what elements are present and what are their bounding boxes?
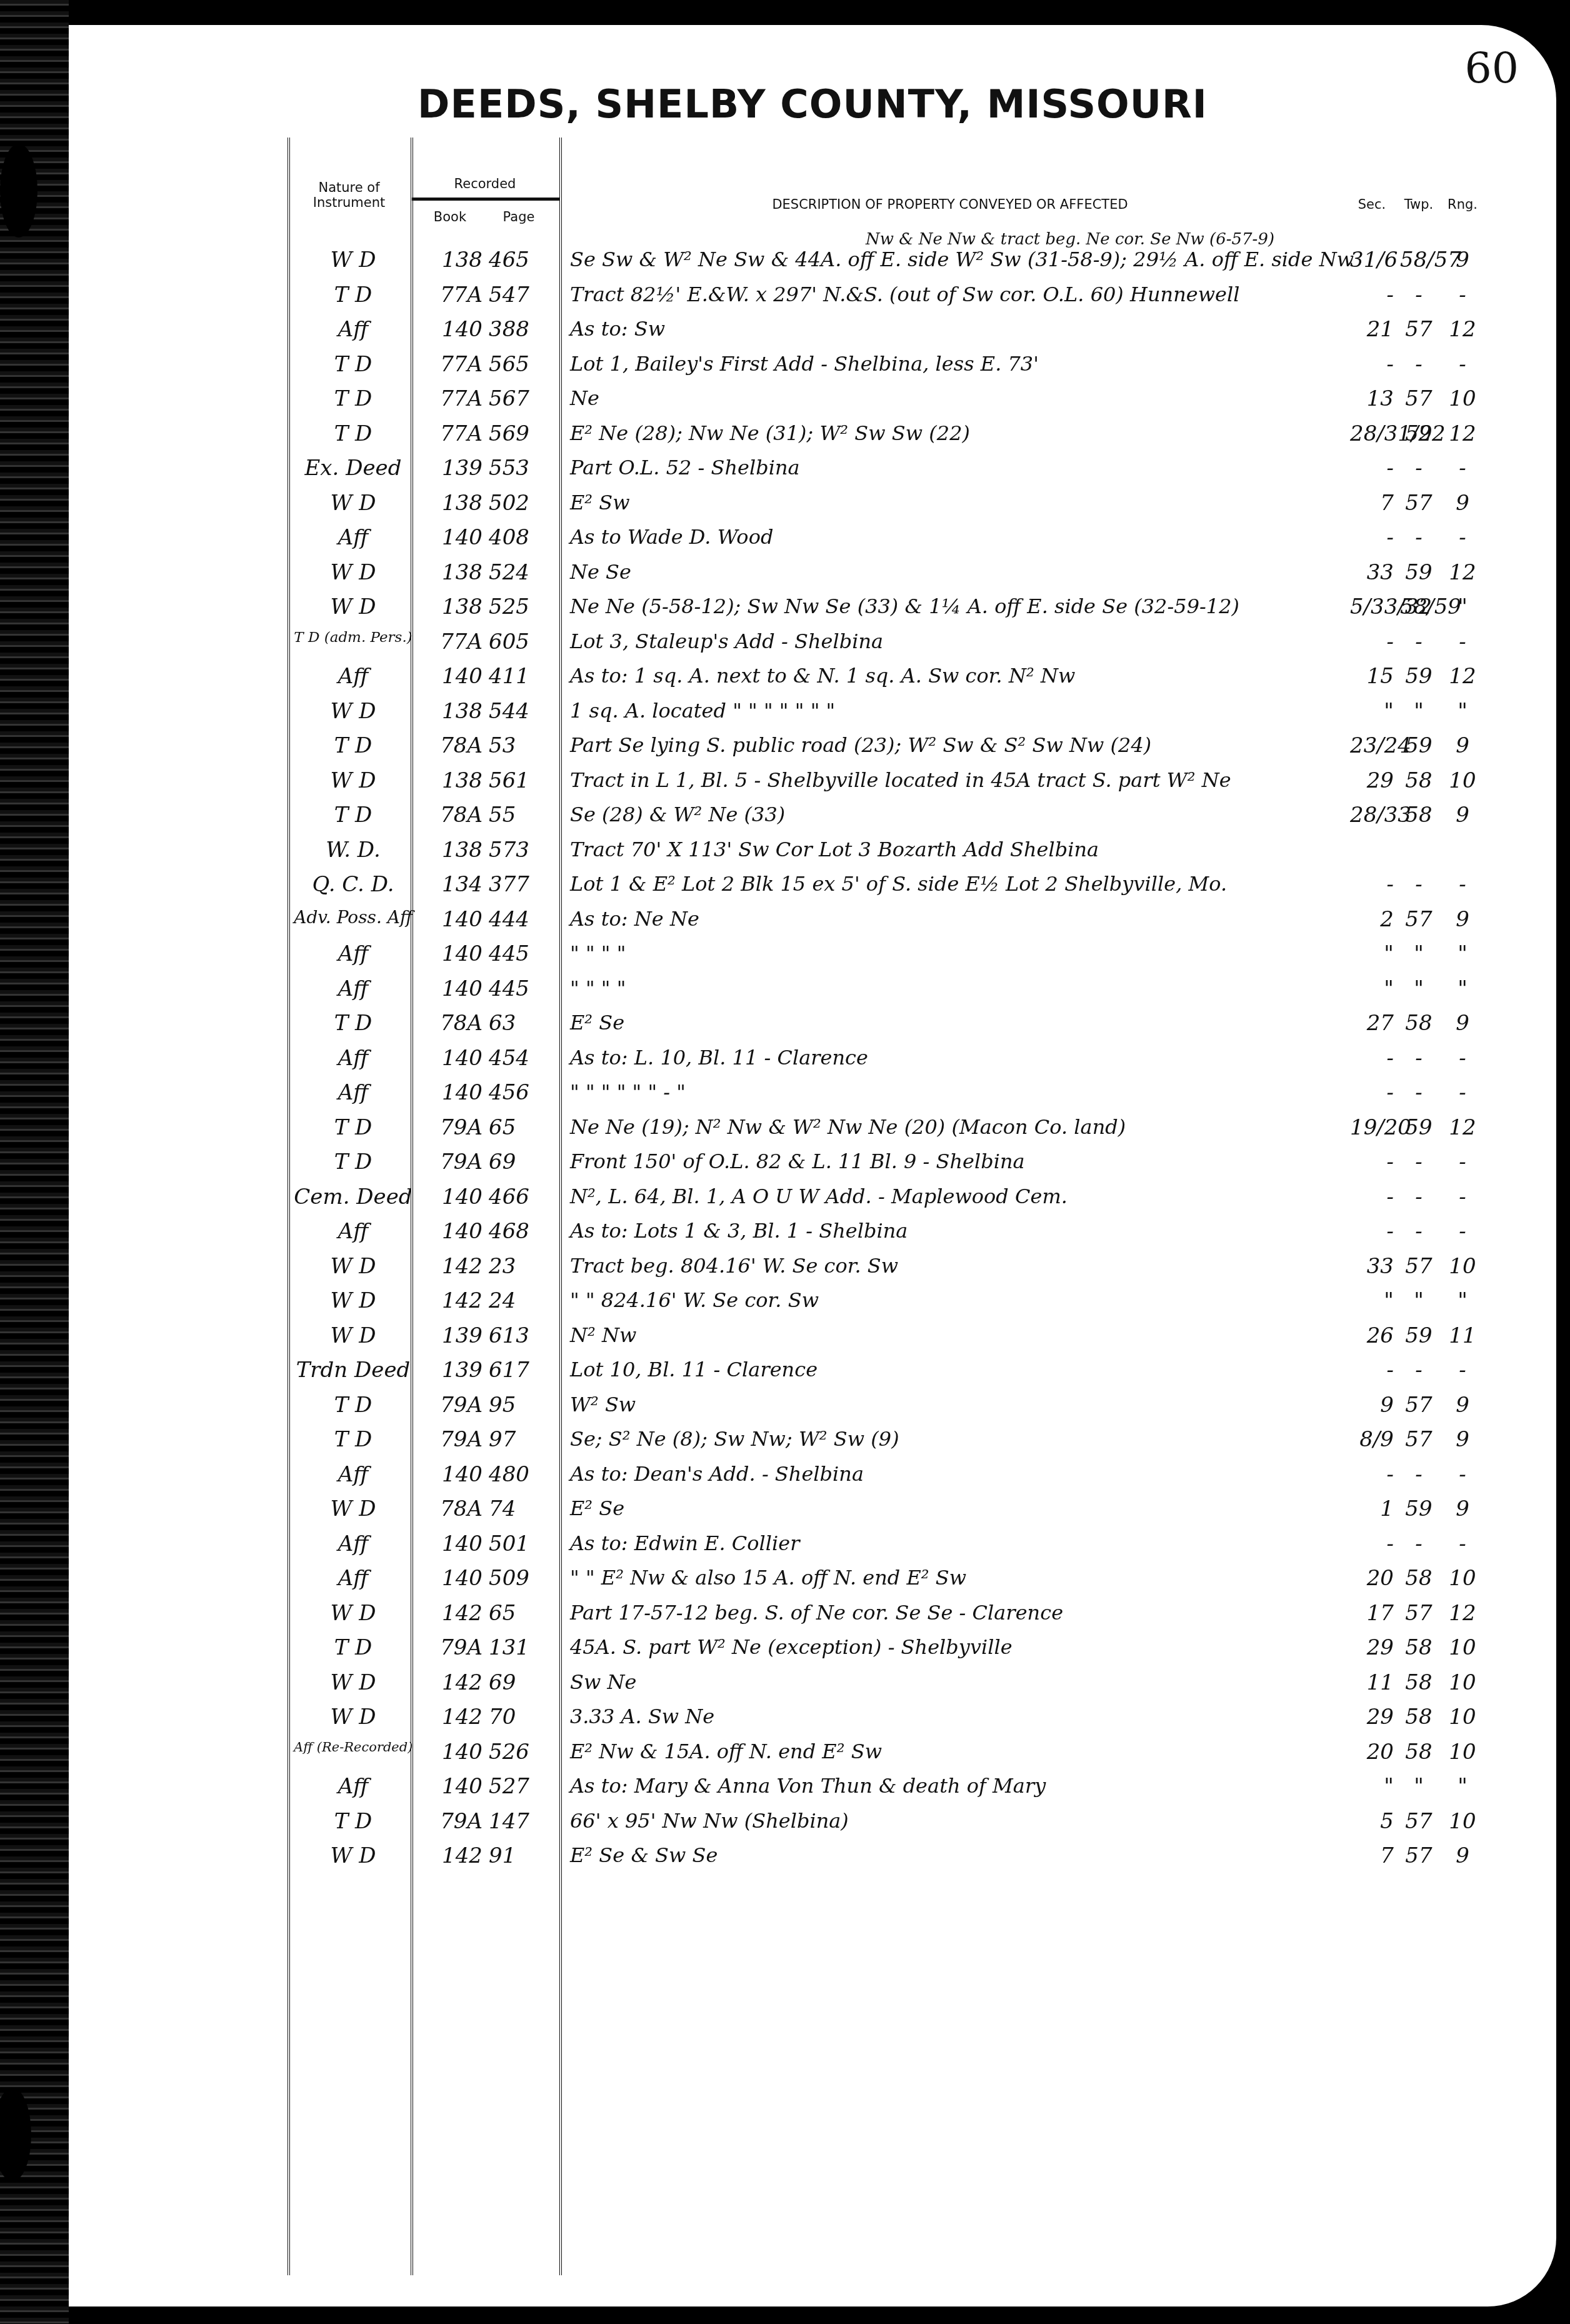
township: 59 <box>1400 733 1437 758</box>
page-number-cell: 97 <box>489 1427 539 1452</box>
township: " <box>1400 1288 1437 1313</box>
table-row: Aff 140 456 " " " " " " - " - - - <box>287 1076 1531 1111</box>
township: 57 <box>1400 1601 1437 1626</box>
township: 57 <box>1400 1809 1437 1834</box>
book-number: 140 <box>432 907 482 932</box>
range: 9 <box>1444 248 1481 273</box>
table-row: W D 142 69 Sw Ne 11 58 10 <box>287 1666 1531 1701</box>
township: 58/57 <box>1400 248 1437 273</box>
page-number-cell: 388 <box>489 317 539 342</box>
page-number-cell: 445 <box>489 976 539 1001</box>
instrument-type: W D <box>294 594 412 619</box>
book-number: 134 <box>432 872 482 897</box>
township: " <box>1400 941 1437 966</box>
table-row: Aff 140 408 As to Wade D. Wood - - - <box>287 521 1531 556</box>
instrument-type: W D <box>294 768 412 793</box>
entry-list: W D 138 465 Se Sw & W² Ne Sw & 44A. off … <box>287 244 1531 1875</box>
range: 9 <box>1444 1393 1481 1418</box>
table-row: T D 78A 55 Se (28) & W² Ne (33) 28/33 58… <box>287 799 1531 834</box>
page-number-cell: 53 <box>489 733 539 758</box>
range: 10 <box>1444 1566 1481 1591</box>
section: 1 <box>1350 1496 1394 1521</box>
property-description: As to: Mary & Anna Von Thun & death of M… <box>570 1774 1046 1798</box>
range: 9 <box>1444 803 1481 828</box>
table-row: T D 77A 565 Lot 1, Bailey's First Add - … <box>287 348 1531 383</box>
page-number-cell: 74 <box>489 1496 539 1521</box>
section: 26 <box>1350 1323 1394 1348</box>
property-description: E² Se <box>570 1011 624 1034</box>
section: " <box>1350 941 1394 966</box>
section: 13 <box>1350 386 1394 411</box>
property-description: " " 824.16' W. Se cor. Sw <box>570 1288 819 1312</box>
book-number: 138 <box>432 699 482 724</box>
section: 28/31/22 <box>1350 421 1394 446</box>
township: 58 <box>1400 1740 1437 1765</box>
section: - <box>1350 1080 1394 1105</box>
instrument-type: T D <box>294 1149 412 1175</box>
table-row: W D 142 24 " " 824.16' W. Se cor. Sw " "… <box>287 1285 1531 1320</box>
township: 57 <box>1400 907 1437 932</box>
property-description: 45A. S. part W² Ne (exception) - Shelbyv… <box>570 1635 1012 1659</box>
instrument-type: Aff <box>294 317 412 342</box>
section: 33 <box>1350 560 1394 585</box>
section: " <box>1350 976 1394 1001</box>
township: 58 <box>1400 768 1437 793</box>
book-number: 79A <box>432 1149 482 1175</box>
table-row: T D 77A 547 Tract 82½' E.&W. x 297' N.&S… <box>287 279 1531 314</box>
page-number-cell: 569 <box>489 421 539 446</box>
instrument-type: T D <box>294 1393 412 1418</box>
section: 20 <box>1350 1740 1394 1765</box>
book-number: 140 <box>432 1462 482 1487</box>
range: 9 <box>1444 1427 1481 1452</box>
instrument-type: Aff <box>294 976 412 1001</box>
section: 7 <box>1350 491 1394 516</box>
property-description: E² Nw & 15A. off N. end E² Sw <box>570 1740 882 1763</box>
township: 57 <box>1400 1427 1437 1452</box>
instrument-type: T D <box>294 1635 412 1660</box>
range: 10 <box>1444 1635 1481 1660</box>
page-number-cell: 509 <box>489 1566 539 1591</box>
section: - <box>1350 1531 1394 1556</box>
property-description: E² Se <box>570 1496 624 1520</box>
range: 10 <box>1444 386 1481 411</box>
range: 12 <box>1444 560 1481 585</box>
page-number-cell: 65 <box>489 1115 539 1140</box>
property-description: 1 sq. A. located " " " " " " " <box>570 699 835 723</box>
page-number-cell: 544 <box>489 699 539 724</box>
township: - <box>1400 1149 1437 1175</box>
table-row: T D 79A 147 66' x 95' Nw Nw (Shelbina) 5… <box>287 1805 1531 1840</box>
property-description: As to: L. 10, Bl. 11 - Clarence <box>570 1046 868 1069</box>
range: 12 <box>1444 421 1481 446</box>
range: 10 <box>1444 1705 1481 1730</box>
table-row: W D 138 465 Se Sw & W² Ne Sw & 44A. off … <box>287 244 1531 279</box>
table-row: Q. C. D. 134 377 Lot 1 & E² Lot 2 Blk 15… <box>287 868 1531 903</box>
property-description: 66' x 95' Nw Nw (Shelbina) <box>570 1809 849 1833</box>
table-row: W D 138 502 E² Sw 7 57 9 <box>287 487 1531 522</box>
instrument-type: T D <box>294 421 412 446</box>
page-number-cell: 63 <box>489 1011 539 1036</box>
book-number: 77A <box>432 283 482 308</box>
township: - <box>1400 1462 1437 1487</box>
page-number-cell: 573 <box>489 838 539 863</box>
range: 9 <box>1444 907 1481 932</box>
page-number-cell: 454 <box>489 1046 539 1071</box>
property-description: Ne Se <box>570 560 631 584</box>
instrument-type: Aff (Re-Recorded) <box>294 1740 412 1755</box>
section: - <box>1350 1185 1394 1210</box>
instrument-type: T D <box>294 1427 412 1452</box>
township: 57 <box>1400 1843 1437 1868</box>
table-row: Adv. Poss. Aff 140 444 As to: Ne Ne 2 57… <box>287 903 1531 938</box>
page-number-cell: 524 <box>489 560 539 585</box>
book-number: 142 <box>432 1601 482 1626</box>
property-description: E² Sw <box>570 491 630 514</box>
range: 9 <box>1444 1843 1481 1868</box>
book-number: 79A <box>432 1635 482 1660</box>
property-description: Se; S² Ne (8); Sw Nw; W² Sw (9) <box>570 1427 899 1451</box>
table-row: Aff 140 509 " " E² Nw & also 15 A. off N… <box>287 1562 1531 1597</box>
property-description: As to: Dean's Add. - Shelbina <box>570 1462 864 1486</box>
township: 58/59 <box>1400 594 1437 619</box>
table-row: Aff 140 480 As to: Dean's Add. - Shelbin… <box>287 1458 1531 1493</box>
township: " <box>1400 1774 1437 1799</box>
range: - <box>1444 872 1481 897</box>
book-number: 138 <box>432 560 482 585</box>
instrument-type: T D <box>294 386 412 411</box>
table-row: Aff 140 454 As to: L. 10, Bl. 11 - Clare… <box>287 1042 1531 1077</box>
page-number-cell: 567 <box>489 386 539 411</box>
page-number-cell: 553 <box>489 456 539 481</box>
instrument-type: T D <box>294 803 412 828</box>
book-number: 140 <box>432 1219 482 1244</box>
page-number-cell: 70 <box>489 1705 539 1730</box>
section: 11 <box>1350 1670 1394 1695</box>
book-number: 140 <box>432 941 482 966</box>
section: - <box>1350 1462 1394 1487</box>
table-row: T D 79A 131 45A. S. part W² Ne (exceptio… <box>287 1631 1531 1666</box>
table-row: W D 142 65 Part 17-57-12 beg. S. of Ne c… <box>287 1597 1531 1632</box>
page-number-cell: 91 <box>489 1843 539 1868</box>
township: - <box>1400 1219 1437 1244</box>
book-number: 142 <box>432 1254 482 1279</box>
township: - <box>1400 283 1437 308</box>
section: 23/24 <box>1350 733 1394 758</box>
table-row: Aff 140 411 As to: 1 sq. A. next to & N.… <box>287 660 1531 695</box>
township: - <box>1400 872 1437 897</box>
instrument-type: W. D. <box>294 838 412 863</box>
section: - <box>1350 629 1394 654</box>
instrument-type: W D <box>294 1843 412 1868</box>
range: - <box>1444 1462 1481 1487</box>
book-number: 138 <box>432 248 482 273</box>
table-row: T D 79A 65 Ne Ne (19); N² Nw & W² Nw Ne … <box>287 1111 1531 1146</box>
book-number: 140 <box>432 1740 482 1765</box>
section: 29 <box>1350 1705 1394 1730</box>
property-description: Tract 82½' E.&W. x 297' N.&S. (out of Sw… <box>570 283 1239 306</box>
header-recorded: Recorded <box>411 176 559 191</box>
section: 7 <box>1350 1843 1394 1868</box>
section: - <box>1350 872 1394 897</box>
range: " <box>1444 1288 1481 1313</box>
property-description: As to: Lots 1 & 3, Bl. 1 - Shelbina <box>570 1219 907 1243</box>
page-number-cell: 65 <box>489 1601 539 1626</box>
township: 59 <box>1400 664 1437 689</box>
township: 58 <box>1400 1705 1437 1730</box>
range: 10 <box>1444 1254 1481 1279</box>
property-description: Lot 10, Bl. 11 - Clarence <box>570 1358 817 1381</box>
property-description: Tract in L 1, Bl. 5 - Shelbyville locate… <box>570 768 1231 792</box>
instrument-type: Aff <box>294 1080 412 1105</box>
book-number: 140 <box>432 317 482 342</box>
table-row: T D 78A 63 E² Se 27 58 9 <box>287 1007 1531 1042</box>
section: 27 <box>1350 1011 1394 1036</box>
book-number: 142 <box>432 1670 482 1695</box>
range: 12 <box>1444 317 1481 342</box>
header-book: Book <box>416 209 484 224</box>
table-row: Cem. Deed 140 466 N², L. 64, Bl. 1, A O … <box>287 1181 1531 1216</box>
property-description: Sw Ne <box>570 1670 636 1694</box>
instrument-type: T D <box>294 1115 412 1140</box>
instrument-type: W D <box>294 560 412 585</box>
page-number-cell: 131 <box>489 1635 539 1660</box>
page-number-cell: 617 <box>489 1358 539 1383</box>
book-number: 78A <box>432 1496 482 1521</box>
instrument-type: W D <box>294 1670 412 1695</box>
page-number-cell: 468 <box>489 1219 539 1244</box>
page-number-cell: 69 <box>489 1149 539 1175</box>
instrument-type: W D <box>294 1705 412 1730</box>
range: 12 <box>1444 664 1481 689</box>
table-row: Aff 140 445 " " " " " " " <box>287 973 1531 1008</box>
township: 59 <box>1400 1323 1437 1348</box>
page-number-cell: 69 <box>489 1670 539 1695</box>
range: - <box>1444 1219 1481 1244</box>
range: - <box>1444 525 1481 550</box>
township: - <box>1400 1185 1437 1210</box>
township: - <box>1400 1080 1437 1105</box>
instrument-type: Trdn Deed <box>294 1358 412 1383</box>
township: - <box>1400 1358 1437 1383</box>
page-number-cell: 445 <box>489 941 539 966</box>
section: 21 <box>1350 317 1394 342</box>
table-row: W D 142 23 Tract beg. 804.16' W. Se cor.… <box>287 1250 1531 1285</box>
page-number-cell: 377 <box>489 872 539 897</box>
header-rng: Rng. <box>1444 197 1481 212</box>
table-row: W D 139 613 N² Nw 26 59 11 <box>287 1320 1531 1355</box>
section: " <box>1350 699 1394 724</box>
property-description: E² Se & Sw Se <box>570 1843 717 1867</box>
page-number-cell: 565 <box>489 352 539 377</box>
range: - <box>1444 1358 1481 1383</box>
township: 57 <box>1400 317 1437 342</box>
instrument-type: T D <box>294 1011 412 1036</box>
book-number: 140 <box>432 1774 482 1799</box>
book-number: 78A <box>432 1011 482 1036</box>
header-nature: Nature of Instrument <box>287 180 411 210</box>
property-description: " " " " <box>570 941 626 965</box>
book-number: 138 <box>432 594 482 619</box>
book-number: 79A <box>432 1393 482 1418</box>
range: " <box>1444 699 1481 724</box>
township: 57 <box>1400 1393 1437 1418</box>
book-number: 140 <box>432 1080 482 1105</box>
ledger-page: 60 DEEDS, SHELBY COUNTY, MISSOURI Nature… <box>69 25 1556 2306</box>
township: - <box>1400 1046 1437 1071</box>
instrument-type: T D <box>294 352 412 377</box>
section: 33 <box>1350 1254 1394 1279</box>
instrument-type: T D <box>294 733 412 758</box>
page-number-cell: 456 <box>489 1080 539 1105</box>
section: 31/6 <box>1350 248 1394 273</box>
page-number-cell: 502 <box>489 491 539 516</box>
page-number-cell: 526 <box>489 1740 539 1765</box>
township: - <box>1400 525 1437 550</box>
range: 12 <box>1444 1601 1481 1626</box>
table-row: Aff 140 527 As to: Mary & Anna Von Thun … <box>287 1770 1531 1805</box>
page-number-cell: 525 <box>489 594 539 619</box>
section: - <box>1350 1358 1394 1383</box>
instrument-type: W D <box>294 248 412 273</box>
book-number: 142 <box>432 1843 482 1868</box>
range: - <box>1444 1149 1481 1175</box>
page-number-cell: 547 <box>489 283 539 308</box>
book-number: 140 <box>432 1566 482 1591</box>
punch-hole <box>0 144 37 238</box>
range: - <box>1444 629 1481 654</box>
book-number: 140 <box>432 1531 482 1556</box>
township: 58 <box>1400 1635 1437 1660</box>
township: - <box>1400 352 1437 377</box>
table-row: W D 138 561 Tract in L 1, Bl. 5 - Shelby… <box>287 764 1531 799</box>
section: 29 <box>1350 1635 1394 1660</box>
table-row: W D 142 91 E² Se & Sw Se 7 57 9 <box>287 1840 1531 1875</box>
range: " <box>1444 976 1481 1001</box>
table-row: Aff 140 388 As to: Sw 21 57 12 <box>287 313 1531 348</box>
township: - <box>1400 1531 1437 1556</box>
book-number: 140 <box>432 976 482 1001</box>
range: 11 <box>1444 1323 1481 1348</box>
book-number: 78A <box>432 733 482 758</box>
property-description: W² Sw <box>570 1393 636 1416</box>
instrument-type: W D <box>294 491 412 516</box>
property-description: Lot 1, Bailey's First Add - Shelbina, le… <box>570 352 1039 376</box>
range: " <box>1444 1774 1481 1799</box>
book-number: 79A <box>432 1427 482 1452</box>
page-title: DEEDS, SHELBY COUNTY, MISSOURI <box>69 81 1556 127</box>
property-description: Part 17-57-12 beg. S. of Ne cor. Se Se -… <box>570 1601 1063 1625</box>
book-number: 79A <box>432 1115 482 1140</box>
instrument-type: Aff <box>294 1566 412 1591</box>
page-number-cell: 23 <box>489 1254 539 1279</box>
table-row: W D 138 525 Ne Ne (5-58-12); Sw Nw Se (3… <box>287 591 1531 626</box>
page-number-cell: 613 <box>489 1323 539 1348</box>
table-row: T D 77A 567 Ne 13 57 10 <box>287 383 1531 418</box>
header-twp: Twp. <box>1400 197 1437 212</box>
property-description: Se Sw & W² Ne Sw & 44A. off E. side W² S… <box>570 248 1354 271</box>
range: 10 <box>1444 1809 1481 1834</box>
book-number: 138 <box>432 491 482 516</box>
property-description: As to: Sw <box>570 317 665 341</box>
township: 58 <box>1400 1670 1437 1695</box>
instrument-type: W D <box>294 1496 412 1521</box>
book-number: 139 <box>432 1323 482 1348</box>
instrument-type: Aff <box>294 664 412 689</box>
table-row: T D (adm. Pers.) 77A 605 Lot 3, Staleup'… <box>287 626 1531 661</box>
instrument-type: Aff <box>294 1219 412 1244</box>
range: 10 <box>1444 768 1481 793</box>
property-description: Ne Ne (5-58-12); Sw Nw Se (33) & 1¼ A. o… <box>570 594 1239 618</box>
page-number-cell: 465 <box>489 248 539 273</box>
section: - <box>1350 525 1394 550</box>
township: 59 <box>1400 1115 1437 1140</box>
section: 15 <box>1350 664 1394 689</box>
range: 10 <box>1444 1740 1481 1765</box>
property-description: Part O.L. 52 - Shelbina <box>570 456 800 479</box>
range: - <box>1444 456 1481 481</box>
section: 8/9 <box>1350 1427 1394 1452</box>
header-rule <box>412 198 559 201</box>
property-description: As to: Edwin E. Collier <box>570 1531 799 1555</box>
table-row: Ex. Deed 139 553 Part O.L. 52 - Shelbina… <box>287 452 1531 487</box>
township: - <box>1400 629 1437 654</box>
township: 57 <box>1400 386 1437 411</box>
instrument-type: Aff <box>294 525 412 550</box>
page-number-cell: 527 <box>489 1774 539 1799</box>
table-row: Aff (Re-Recorded) 140 526 E² Nw & 15A. o… <box>287 1736 1531 1771</box>
property-description: " " E² Nw & also 15 A. off N. end E² Sw <box>570 1566 966 1590</box>
township: 58 <box>1400 1566 1437 1591</box>
section: 9 <box>1350 1393 1394 1418</box>
property-description: As to Wade D. Wood <box>570 525 773 549</box>
property-description: N², L. 64, Bl. 1, A O U W Add. - Maplewo… <box>570 1185 1067 1208</box>
book-number: 78A <box>432 803 482 828</box>
page-number-cell: 411 <box>489 664 539 689</box>
instrument-type: Aff <box>294 1531 412 1556</box>
section: - <box>1350 1149 1394 1175</box>
range: " <box>1444 941 1481 966</box>
instrument-type: Cem. Deed <box>294 1185 412 1210</box>
property-description: Ne Ne (19); N² Nw & W² Nw Ne (20) (Macon… <box>570 1115 1126 1139</box>
page-number-cell: 55 <box>489 803 539 828</box>
property-description: Tract beg. 804.16' W. Se cor. Sw <box>570 1254 898 1278</box>
range: 9 <box>1444 1496 1481 1521</box>
range: 9 <box>1444 491 1481 516</box>
instrument-type: W D <box>294 1601 412 1626</box>
range: - <box>1444 1046 1481 1071</box>
property-description: Se (28) & W² Ne (33) <box>570 803 785 826</box>
instrument-type: Q. C. D. <box>294 872 412 897</box>
property-description: 3.33 A. Sw Ne <box>570 1705 714 1728</box>
section: - <box>1350 1046 1394 1071</box>
table-row: T D 79A 69 Front 150' of O.L. 82 & L. 11… <box>287 1146 1531 1181</box>
instrument-type: Aff <box>294 941 412 966</box>
range: - <box>1444 352 1481 377</box>
book-number: 142 <box>432 1288 482 1313</box>
page-number-cell: 501 <box>489 1531 539 1556</box>
instrument-type: W D <box>294 1288 412 1313</box>
table-row: W D 138 524 Ne Se 33 59 12 <box>287 556 1531 591</box>
instrument-type: Ex. Deed <box>294 456 412 481</box>
instrument-type: Aff <box>294 1462 412 1487</box>
page-number-cell: 95 <box>489 1393 539 1418</box>
instrument-type: W D <box>294 699 412 724</box>
book-number: 77A <box>432 386 482 411</box>
instrument-type: W D <box>294 1254 412 1279</box>
section: - <box>1350 283 1394 308</box>
section: 2 <box>1350 907 1394 932</box>
